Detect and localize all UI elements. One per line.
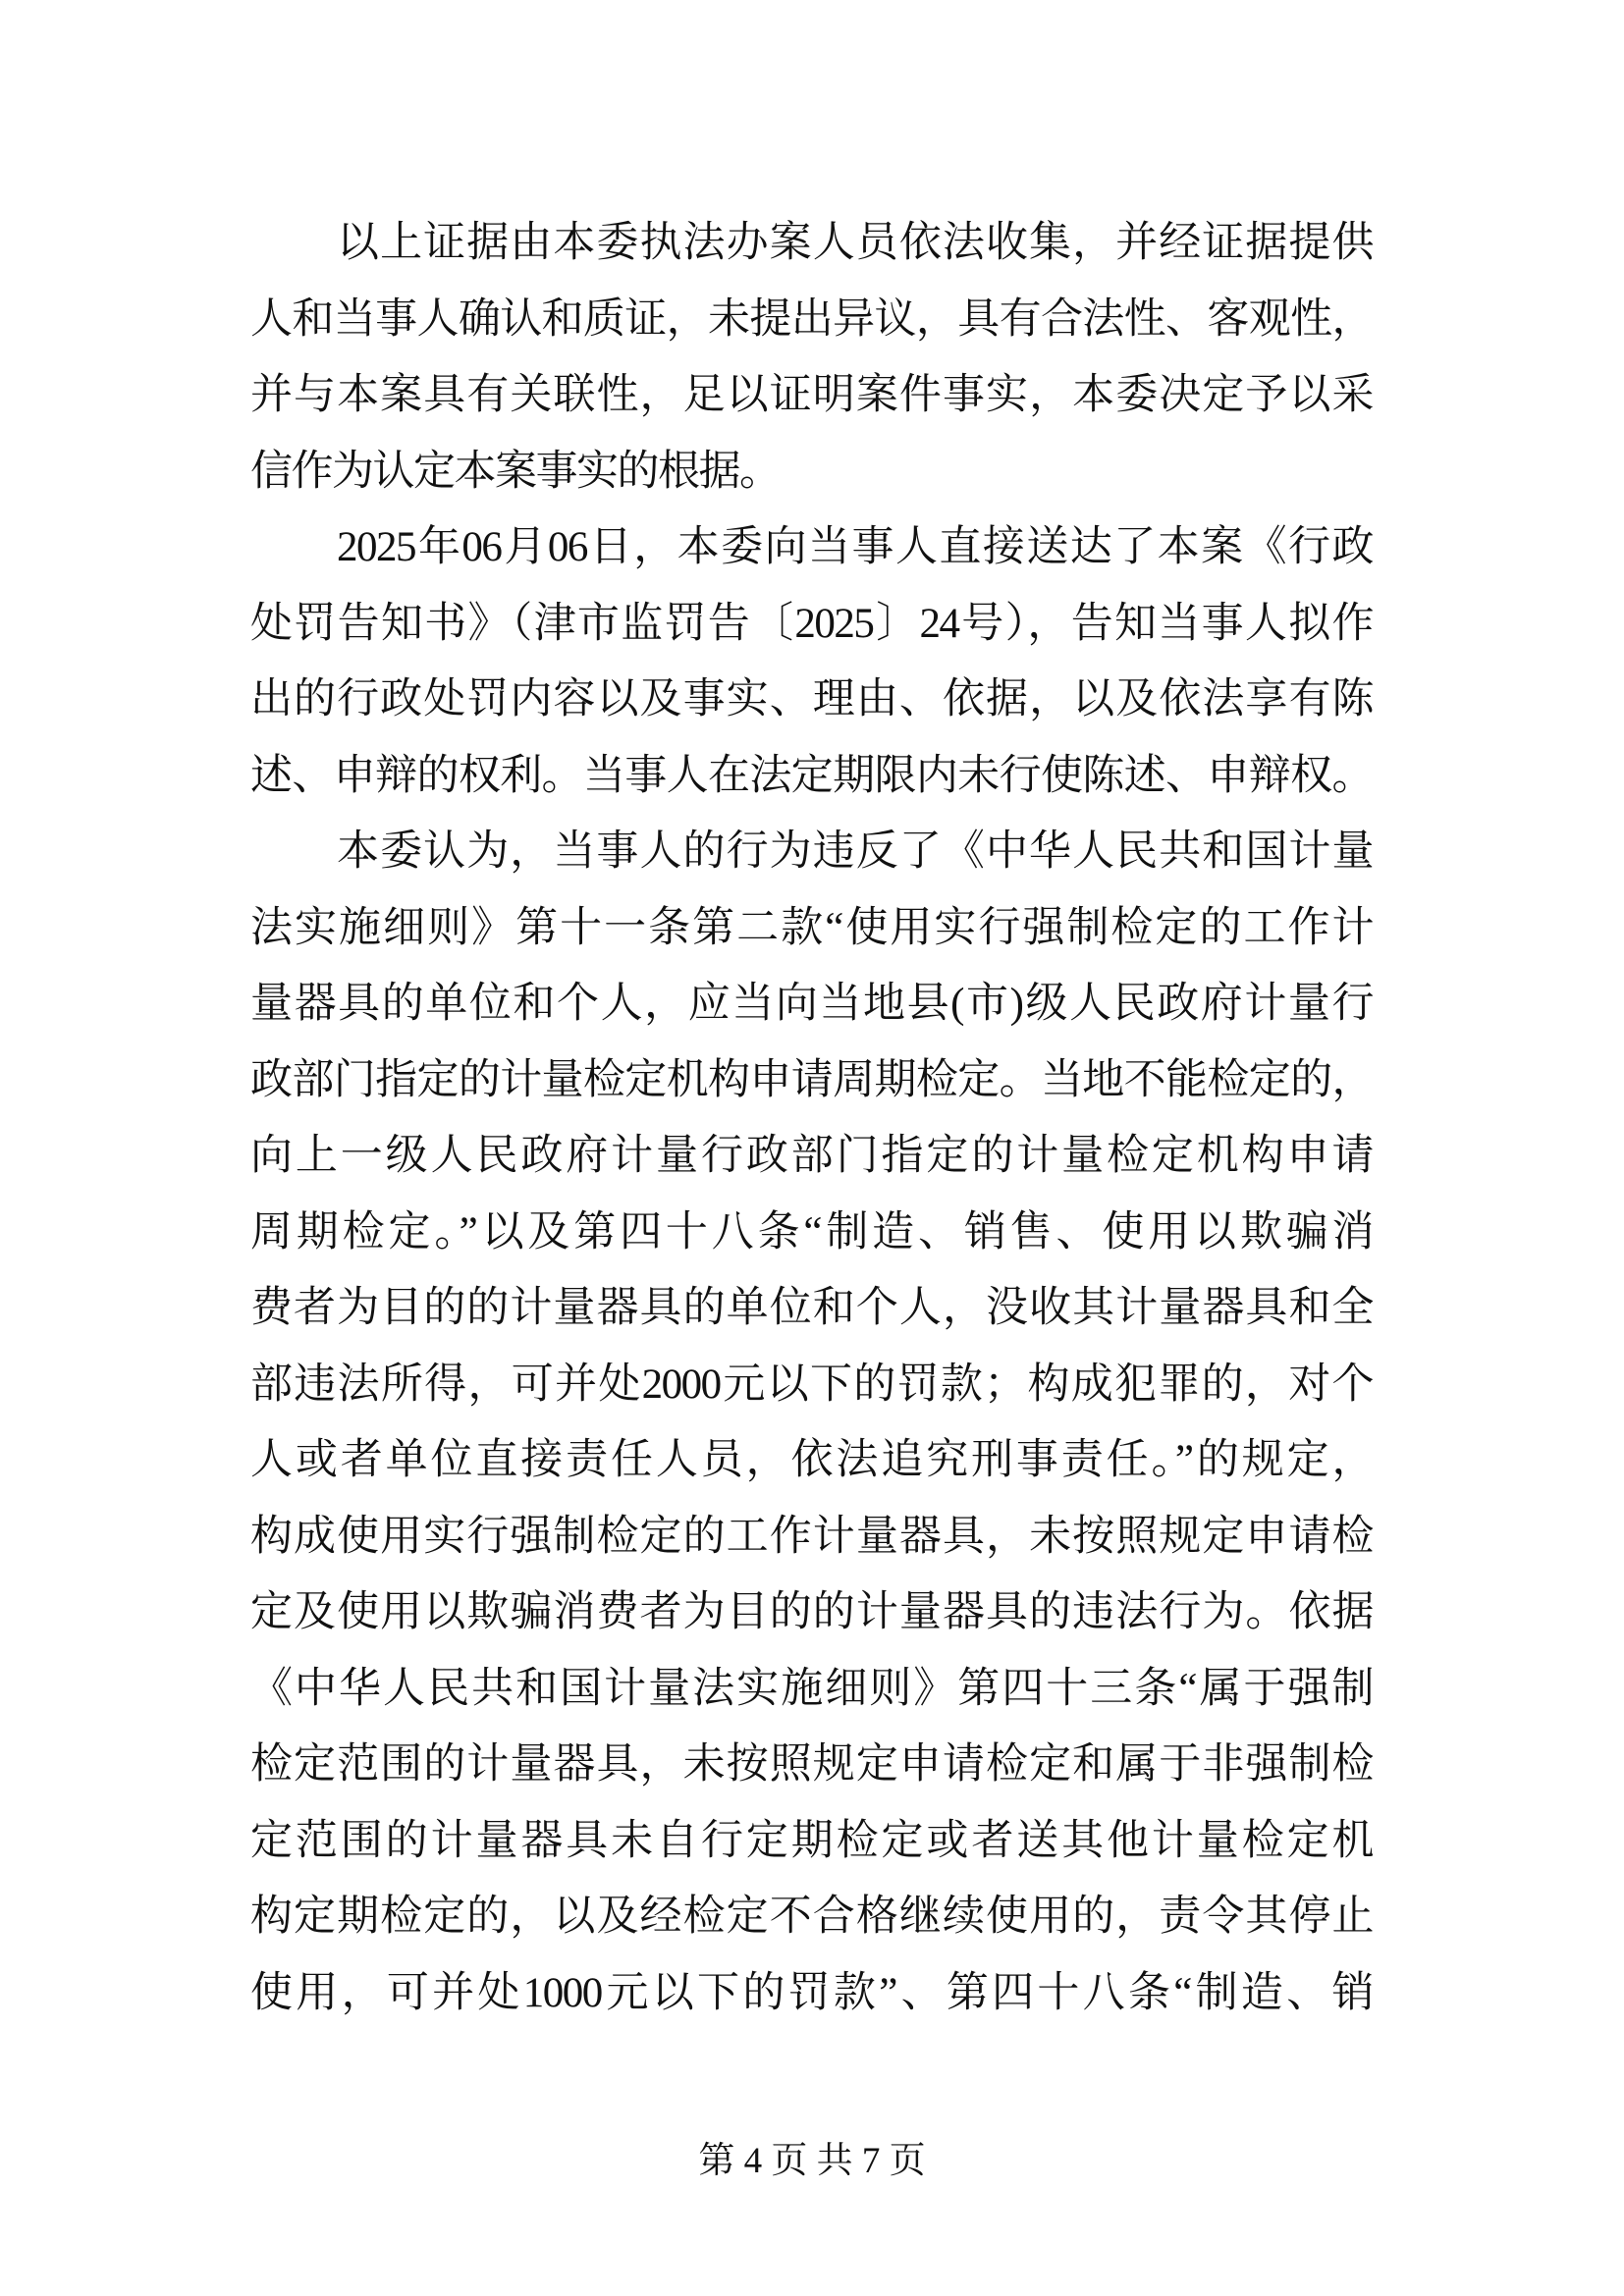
text-line: 述、申辩的权利。当事人在法定期限内未行使陈述、申辩权。 (250, 738, 1373, 815)
text-line: 2025年06月06日，本委向当事人直接送达了本案《行政 (250, 509, 1373, 586)
text-line: 法实施细则》第十一条第二款“使用实行强制检定的工作计 (250, 890, 1373, 967)
text-line: 以上证据由本委执法办案人员依法收集，并经证据提供 (250, 205, 1373, 282)
text-line: 《中华人民共和国计量法实施细则》第四十三条“属于强制 (250, 1651, 1373, 1728)
document-page: 以上证据由本委执法办案人员依法收集，并经证据提供 人和当事人确认和质证，未提出异… (0, 0, 1624, 2296)
text-line: 出的行政处罚内容以及事实、理由、依据，以及依法享有陈 (250, 662, 1373, 738)
text-line: 构定期检定的，以及经检定不合格继续使用的，责令其停止 (250, 1879, 1373, 1955)
text-line: 定及使用以欺骗消费者为目的的计量器具的违法行为。依据 (250, 1575, 1373, 1651)
text-line: 周期检定。”以及第四十八条“制造、销售、使用以欺骗消 (250, 1195, 1373, 1271)
text-line: 使用，可并处1000元以下的罚款”、第四十八条“制造、销 (250, 1955, 1373, 2032)
document-body: 以上证据由本委执法办案人员依法收集，并经证据提供 人和当事人确认和质证，未提出异… (250, 205, 1373, 2031)
text-line: 检定范围的计量器具，未按照规定申请检定和属于非强制检 (250, 1727, 1373, 1803)
text-line: 向上一级人民政府计量行政部门指定的计量检定机构申请 (250, 1118, 1373, 1195)
text-line: 部违法所得，可并处2000元以下的罚款；构成犯罪的，对个 (250, 1347, 1373, 1423)
text-line: 处罚告知书》（津市监罚告〔2025〕24号），告知当事人拟作 (250, 586, 1373, 663)
text-line: 量器具的单位和个人，应当向当地县(市)级人民政府计量行 (250, 966, 1373, 1042)
text-line: 人和当事人确认和质证，未提出异议，具有合法性、客观性， (250, 282, 1373, 358)
text-line: 人或者单位直接责任人员，依法追究刑事责任。”的规定， (250, 1422, 1373, 1499)
text-line: 并与本案具有关联性，足以证明案件事实，本委决定予以采 (250, 357, 1373, 434)
paragraph-notification: 2025年06月06日，本委向当事人直接送达了本案《行政 处罚告知书》（津市监罚… (250, 509, 1373, 814)
text-line: 费者为目的的计量器具的单位和个人，没收其计量器具和全 (250, 1270, 1373, 1347)
text-line: 本委认为，当事人的行为违反了《中华人民共和国计量 (250, 814, 1373, 890)
paragraph-committee-opinion: 本委认为，当事人的行为违反了《中华人民共和国计量 法实施细则》第十一条第二款“使… (250, 814, 1373, 2031)
text-line: 信作为认定本案事实的根据。 (250, 434, 1373, 510)
text-line: 定范围的计量器具未自行定期检定或者送其他计量检定机 (250, 1803, 1373, 1880)
text-line: 政部门指定的计量检定机构申请周期检定。当地不能检定的， (250, 1042, 1373, 1119)
text-line: 构成使用实行强制检定的工作计量器具，未按照规定申请检 (250, 1499, 1373, 1575)
page-footer: 第 4 页 共 7 页 (0, 2132, 1624, 2191)
paragraph-evidence-adoption: 以上证据由本委执法办案人员依法收集，并经证据提供 人和当事人确认和质证，未提出异… (250, 205, 1373, 509)
